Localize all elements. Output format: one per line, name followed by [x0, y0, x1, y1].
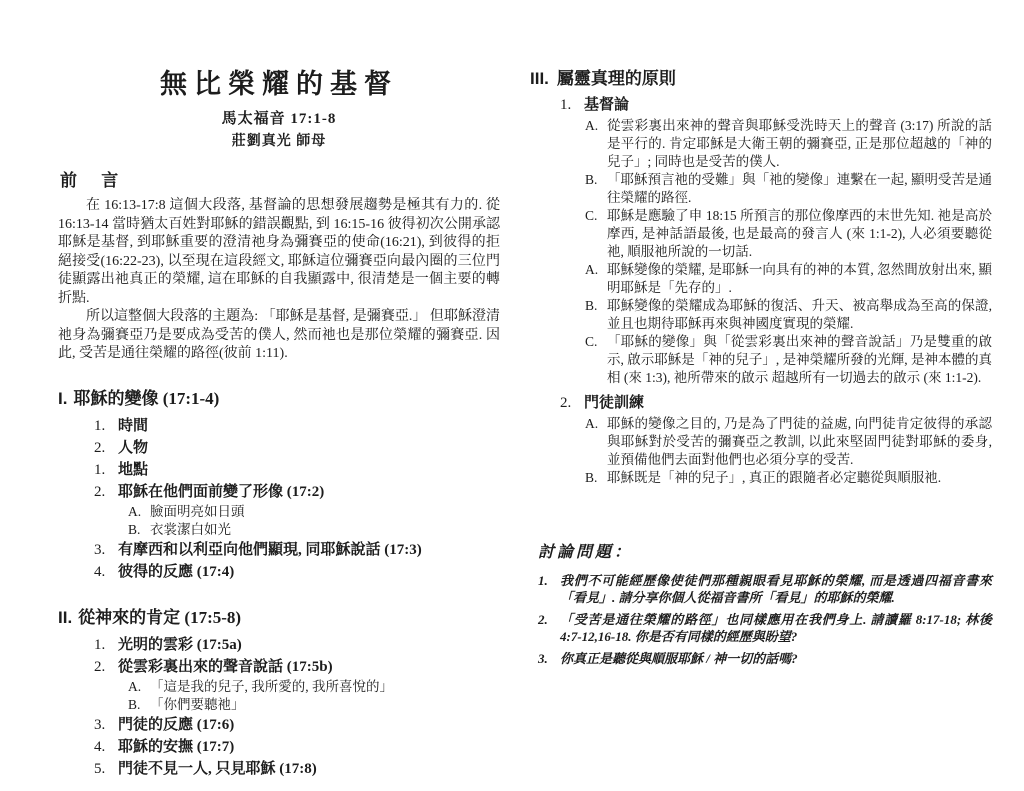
- point-item: A. 耶穌變像的榮耀, 是耶穌一向具有的神的本質, 忽然間放射出來, 顯明耶穌是…: [585, 261, 992, 297]
- item-number: 4.: [94, 561, 118, 583]
- point-item: B. 耶穌既是「神的兒子」, 真正的跟隨者必定聽從與順服祂.: [585, 469, 992, 487]
- section-2-heading: II.從神來的肯定 (17:5-8): [58, 603, 500, 628]
- item-letter: B.: [585, 171, 607, 207]
- point-item: B. 耶穌變像的榮耀成為耶穌的復活、升天、被高舉成為至高的保證, 並且也期待耶穌…: [585, 297, 992, 333]
- item-number: 3.: [538, 650, 560, 667]
- right-column: III.屬靈真理的原則 1. 基督論 A. 從雲彩裏出來神的聲音與耶穌受洗時天上…: [530, 0, 992, 672]
- subsection-discipleship: 2. 門徒訓練 A. 耶穌的變像之目的, 乃是為了門徒的益處, 向門徒肯定彼得的…: [560, 391, 992, 487]
- section-1-heading: I.耶穌的變像 (17:1-4): [58, 384, 500, 409]
- section-3-numeral: III.: [530, 69, 549, 88]
- sub-item: A. 「這是我的兒子, 我所愛的, 我所喜悅的」: [128, 678, 500, 696]
- item-number: 4.: [94, 736, 118, 758]
- point-item: A. 從雲彩裏出來神的聲音與耶穌受洗時天上的聲音 (3:17) 所說的話是平行的…: [585, 117, 992, 171]
- item-number: 3.: [94, 539, 118, 561]
- list-item: 4. 彼得的反應 (17:4): [94, 561, 500, 583]
- item-number: 5.: [94, 758, 118, 780]
- discussion-item: 2. 「受苦是通往榮耀的路徑」也同樣應用在我們身上. 請讀羅 8:17-18; …: [538, 611, 992, 645]
- item-letter: B.: [128, 696, 150, 714]
- document-page: 無比榮耀的基督 馬太福音 17:1-8 莊劉真光 師母 前 言 在 16:13-…: [0, 0, 1024, 791]
- list-item: 2. 耶穌在他們面前變了形像 (17:2): [94, 481, 500, 503]
- list-item: 2. 從雲彩裏出來的聲音說話 (17:5b): [94, 656, 500, 678]
- item-text: 耶穌在他們面前變了形像 (17:2): [118, 481, 324, 503]
- subsection-title: 門徒訓練: [584, 391, 644, 415]
- item-text: 光明的雲彩 (17:5a): [118, 634, 242, 656]
- point-item: A. 耶穌的變像之目的, 乃是為了門徒的益處, 向門徒肯定彼得的承認與耶穌對於受…: [585, 415, 992, 469]
- item-number: 2.: [538, 611, 560, 645]
- item-letter: A.: [585, 261, 607, 297]
- section-2-numeral: II.: [58, 608, 72, 627]
- item-number: 1.: [94, 459, 118, 481]
- item-number: 3.: [94, 714, 118, 736]
- subsection-christology: 1. 基督論 A. 從雲彩裏出來神的聲音與耶穌受洗時天上的聲音 (3:17) 所…: [560, 93, 992, 387]
- section-1-title: 耶穌的變像 (17:1-4): [73, 389, 219, 408]
- section-3-heading: III.屬靈真理的原則: [530, 64, 992, 89]
- item-number: 1.: [560, 93, 584, 117]
- list-item: 2. 人物: [94, 437, 500, 459]
- subsection-title: 基督論: [584, 93, 629, 117]
- item-text: 我們不可能經歷像使徒們那種親眼看見耶穌的榮耀, 而是透過四福音書來「看見」. 請…: [560, 572, 992, 606]
- point-text: 「耶穌的變像」與「從雲彩裏出來神的聲音說話」乃是雙重的啟示, 啟示耶穌是「神的兒…: [607, 333, 992, 387]
- sub-item: A. 臉面明亮如日頭: [128, 503, 500, 521]
- item-number: 1.: [94, 415, 118, 437]
- item-number: 2.: [94, 656, 118, 678]
- item-letter: C.: [585, 207, 607, 261]
- sub-item: B. 「你們要聽祂」: [128, 696, 500, 714]
- sub-list: A. 「這是我的兒子, 我所愛的, 我所喜悅的」 B. 「你們要聽祂」: [128, 678, 500, 714]
- point-item: B. 「耶穌預言祂的受難」與「祂的變像」連繫在一起, 顯明受苦是通往榮耀的路徑.: [585, 171, 992, 207]
- scripture-reference: 馬太福音 17:1-8: [58, 107, 500, 128]
- discussion-item: 3. 你真正是聽從與順服耶穌 / 神一切的話嗎?: [538, 650, 992, 667]
- item-text: 人物: [118, 437, 148, 459]
- item-letter: B.: [128, 521, 150, 539]
- item-number: 2.: [94, 481, 118, 503]
- item-text: 地點: [118, 459, 148, 481]
- item-letter: C.: [585, 333, 607, 387]
- item-text: 彼得的反應 (17:4): [118, 561, 234, 583]
- item-letter: A.: [585, 415, 607, 469]
- point-item: C. 「耶穌的變像」與「從雲彩裏出來神的聲音說話」乃是雙重的啟示, 啟示耶穌是「…: [585, 333, 992, 387]
- list-item: 5. 門徒不見一人, 只見耶穌 (17:8): [94, 758, 500, 780]
- item-letter: A.: [585, 117, 607, 171]
- discussion-item: 1. 我們不可能經歷像使徒們那種親眼看見耶穌的榮耀, 而是透過四福音書來「看見」…: [538, 572, 992, 606]
- section-2-title: 從神來的肯定 (17:5-8): [78, 608, 241, 627]
- point-text: 耶穌的變像之目的, 乃是為了門徒的益處, 向門徒肯定彼得的承認與耶穌對於受苦的彌…: [607, 415, 992, 469]
- list-item: 4. 耶穌的安撫 (17:7): [94, 736, 500, 758]
- section-1-numeral: I.: [58, 389, 67, 408]
- item-text: 衣裳潔白如光: [150, 521, 231, 539]
- document-header: 無比榮耀的基督 馬太福音 17:1-8 莊劉真光 師母: [58, 62, 500, 150]
- item-text: 時間: [118, 415, 148, 437]
- discussion-list: 1. 我們不可能經歷像使徒們那種親眼看見耶穌的榮耀, 而是透過四福音書來「看見」…: [538, 572, 992, 667]
- preface-heading: 前 言: [60, 166, 500, 191]
- point-text: 耶穌變像的榮耀成為耶穌的復活、升天、被高舉成為至高的保證, 並且也期待耶穌再來與…: [607, 297, 992, 333]
- item-number: 1.: [538, 572, 560, 606]
- preface-paragraph: 所以這整個大段落的主題為: 「耶穌是基督, 是彌賽亞.」 但耶穌澄清祂身為彌賽亞…: [58, 308, 500, 364]
- section-3-title: 屬靈真理的原則: [557, 69, 676, 88]
- item-number: 2.: [560, 391, 584, 415]
- discussion-heading: 討論問題：: [538, 539, 992, 562]
- point-text: 耶穌是應驗了申 18:15 所預言的那位像摩西的末世先知. 祂是高於摩西, 是神…: [607, 207, 992, 261]
- list-item: 1. 時間: [94, 415, 500, 437]
- item-text: 你真正是聽從與順服耶穌 / 神一切的話嗎?: [560, 650, 798, 667]
- item-text: 「受苦是通往榮耀的路徑」也同樣應用在我們身上. 請讀羅 8:17-18; 林後 …: [560, 611, 992, 645]
- list-item: 1. 地點: [94, 459, 500, 481]
- subsection-heading: 1. 基督論: [560, 93, 992, 117]
- item-text: 「你們要聽祂」: [150, 696, 245, 714]
- item-letter: B.: [585, 297, 607, 333]
- item-text: 耶穌的安撫 (17:7): [118, 736, 234, 758]
- points-list: A. 耶穌的變像之目的, 乃是為了門徒的益處, 向門徒肯定彼得的承認與耶穌對於受…: [585, 415, 992, 487]
- item-text: 門徒的反應 (17:6): [118, 714, 234, 736]
- item-text: 臉面明亮如日頭: [150, 503, 245, 521]
- page-title: 無比榮耀的基督: [58, 62, 500, 101]
- left-column: 無比榮耀的基督 馬太福音 17:1-8 莊劉真光 師母 前 言 在 16:13-…: [58, 0, 500, 780]
- author-line: 莊劉真光 師母: [58, 130, 500, 150]
- list-item: 3. 門徒的反應 (17:6): [94, 714, 500, 736]
- list-item: 1. 光明的雲彩 (17:5a): [94, 634, 500, 656]
- point-text: 從雲彩裏出來神的聲音與耶穌受洗時天上的聲音 (3:17) 所說的話是平行的. 肯…: [607, 117, 992, 171]
- item-letter: A.: [128, 678, 150, 696]
- item-letter: B.: [585, 469, 607, 487]
- point-text: 耶穌變像的榮耀, 是耶穌一向具有的神的本質, 忽然間放射出來, 顯明耶穌是「先存…: [607, 261, 992, 297]
- item-letter: A.: [128, 503, 150, 521]
- point-item: C. 耶穌是應驗了申 18:15 所預言的那位像摩西的末世先知. 祂是高於摩西,…: [585, 207, 992, 261]
- item-number: 1.: [94, 634, 118, 656]
- item-number: 2.: [94, 437, 118, 459]
- preface-paragraph: 在 16:13-17:8 這個大段落, 基督論的思想發展趨勢是極其有力的. 從 …: [58, 197, 500, 308]
- sub-list: A. 臉面明亮如日頭 B. 衣裳潔白如光: [128, 503, 500, 539]
- point-text: 耶穌既是「神的兒子」, 真正的跟隨者必定聽從與順服祂.: [607, 469, 941, 487]
- item-text: 有摩西和以利亞向他們顯現, 同耶穌說話 (17:3): [118, 539, 422, 561]
- section-2-list: 1. 光明的雲彩 (17:5a) 2. 從雲彩裏出來的聲音說話 (17:5b) …: [94, 634, 500, 780]
- list-item: 3. 有摩西和以利亞向他們顯現, 同耶穌說話 (17:3): [94, 539, 500, 561]
- item-text: 從雲彩裏出來的聲音說話 (17:5b): [118, 656, 333, 678]
- item-text: 門徒不見一人, 只見耶穌 (17:8): [118, 758, 317, 780]
- points-list: A. 從雲彩裏出來神的聲音與耶穌受洗時天上的聲音 (3:17) 所說的話是平行的…: [585, 117, 992, 387]
- item-text: 「這是我的兒子, 我所愛的, 我所喜悅的」: [150, 678, 393, 696]
- point-text: 「耶穌預言祂的受難」與「祂的變像」連繫在一起, 顯明受苦是通往榮耀的路徑.: [607, 171, 992, 207]
- sub-item: B. 衣裳潔白如光: [128, 521, 500, 539]
- subsection-heading: 2. 門徒訓練: [560, 391, 992, 415]
- section-1-list: 1. 時間 2. 人物 1. 地點 2. 耶穌在他們面前變了形像 (17:2) …: [94, 415, 500, 583]
